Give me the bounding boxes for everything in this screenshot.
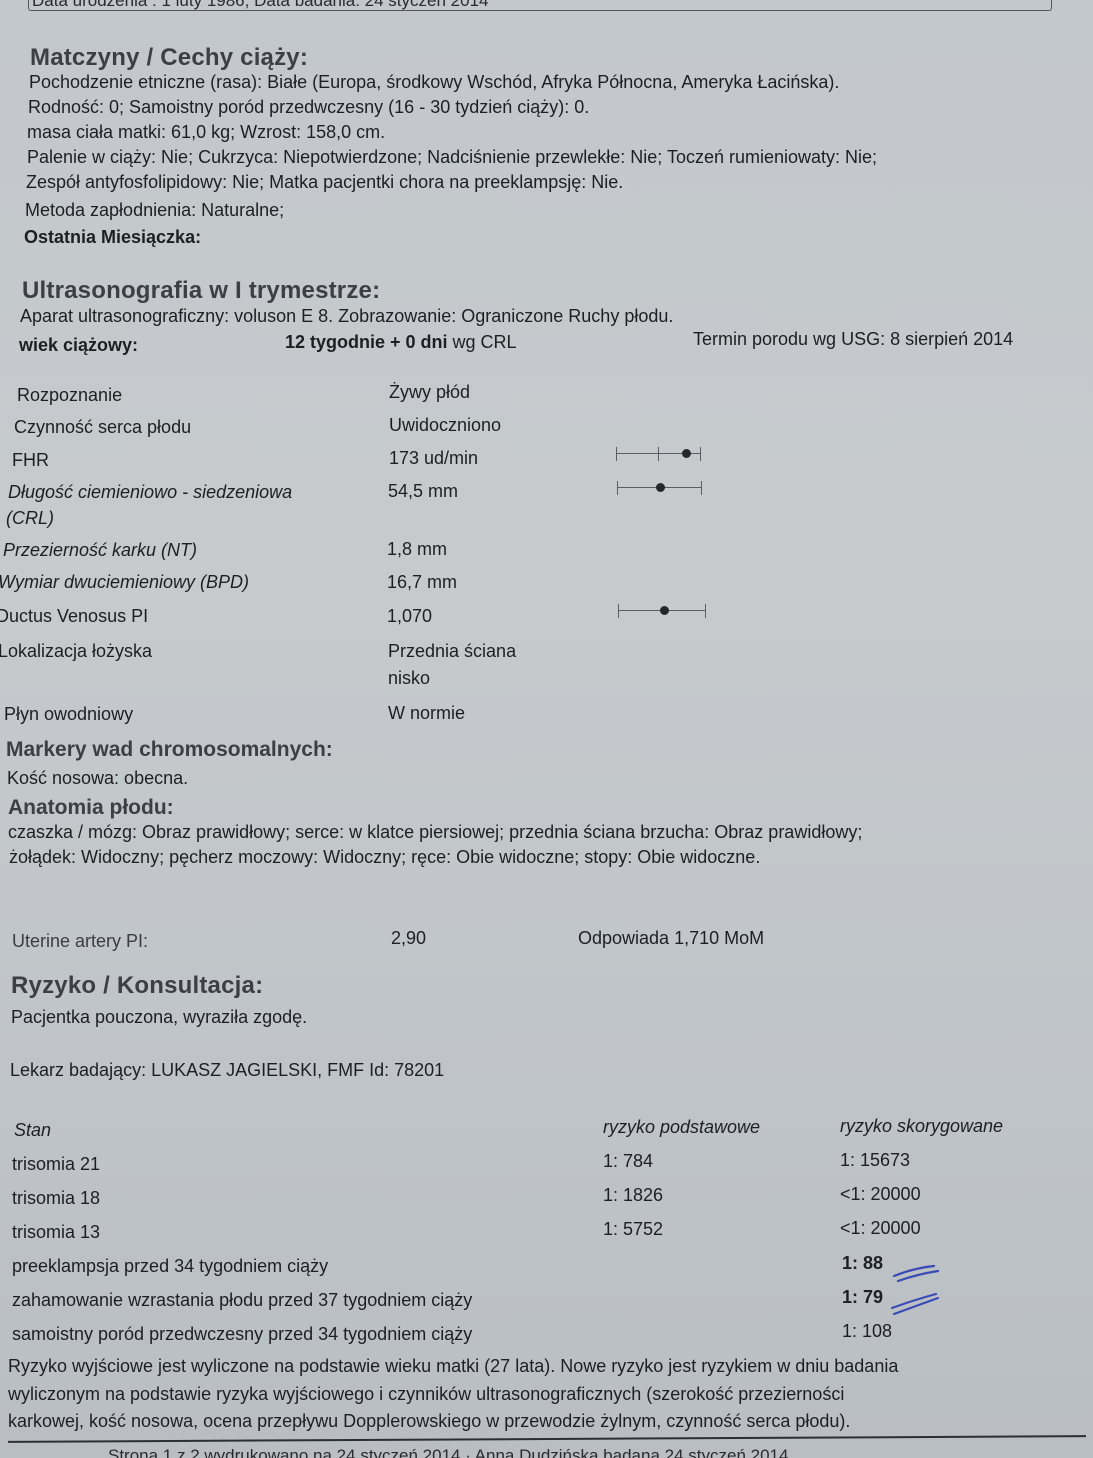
row-value: 1,070 [387,606,432,627]
anatomy-line: czaszka / mózg: Obraz prawidłowy; serce:… [8,822,862,843]
due-date: Termin porodu wg USG: 8 sierpień 2014 [693,329,1013,350]
table-row-adjusted: 1: 108 [842,1321,892,1342]
table-row-condition: trisomia 21 [12,1154,100,1175]
row-label-cont: (CRL) [6,508,54,529]
row-label: Rozpoznanie [17,385,122,406]
crl-range-indicator [617,481,702,495]
gestational-age-bold: 12 tygodnie + 0 dni [285,332,448,352]
crl-label: Długość ciemieniowo - siedzeniowa [8,482,292,502]
table-row-adjusted: <1: 20000 [840,1218,921,1239]
markers-line: Kość nosowa: obecna. [7,768,188,789]
row-label: Ductus Venosus PI [0,606,148,627]
footer-divider [8,1435,1086,1443]
table-header-adjusted: ryzyko skorygowane [840,1116,1003,1137]
row-value: 16,7 mm [387,572,457,593]
row-value-cont: nisko [388,668,430,689]
table-row-base: 1: 1826 [603,1185,663,1206]
row-label: Lokalizacja łożyska [0,641,152,662]
table-header-condition: Stan [14,1120,51,1141]
table-row-condition: trisomia 13 [12,1222,100,1243]
table-header-base: ryzyko podstawowe [603,1117,760,1138]
row-label: Płyn owodniowy [4,704,133,725]
header-cropped-line: Data urodzenia : 1 luty 1986; Data badan… [32,0,488,11]
doctor-line: Lekarz badający: LUKASZ JAGIELSKI, FMF I… [10,1060,444,1081]
risk-title: Ryzyko / Konsultacja: [11,972,263,1000]
table-row-base: 1: 784 [603,1151,653,1172]
table-row-base: 1: 5752 [603,1219,663,1240]
last-period-label: Ostatnia Miesiączka: [24,227,201,248]
row-label: Długość ciemieniowo - siedzeniowa [8,482,292,503]
table-row-adjusted: 1: 88 [842,1253,883,1274]
maternal-line: Pochodzenie etniczne (rasa): Białe (Euro… [29,72,839,93]
row-value: 54,5 mm [388,481,458,502]
maternal-line: Metoda zapłodnienia: Naturalne; [25,200,284,221]
dv-range-indicator [618,604,706,618]
fhr-range-indicator [616,447,701,461]
anatomy-title: Anatomia płodu: [8,796,174,820]
table-row-adjusted: 1: 79 [842,1287,883,1308]
row-value: Uwidoczniono [389,415,501,436]
markers-title: Markery wad chromosomalnych: [6,738,333,762]
row-value: W normie [388,703,465,724]
maternal-line: masa ciała matki: 61,0 kg; Wzrost: 158,0… [27,122,385,143]
note-line: wyliczonym na podstawie ryzyka wyjściowe… [8,1384,844,1405]
ultrasound-title: Ultrasonografia w I trymestrze: [22,277,380,305]
table-row-condition: zahamowanie wzrastania płodu przed 37 ty… [12,1290,472,1311]
row-value: Żywy płód [389,382,470,403]
row-label: Przezierność karku (NT) [3,540,197,561]
handwritten-mark-icon [880,1258,950,1318]
maternal-line: Rodność: 0; Samoistny poród przedwczesny… [28,97,589,118]
gestational-age-suffix: wg CRL [448,332,517,352]
table-row-adjusted: <1: 20000 [840,1184,921,1205]
maternal-line: Zespół antyfosfolipidowy: Nie; Matka pac… [26,172,623,193]
row-label: Wymiar dwuciemieniowy (BPD) [0,572,249,593]
uterine-label: Uterine artery PI: [12,931,148,952]
gestational-age-value: 12 tygodnie + 0 dni wg CRL [285,332,517,353]
uterine-value: 2,90 [391,928,426,949]
table-row-condition: preeklampsja przed 34 tygodniem ciąży [12,1256,328,1277]
row-label: Czynność serca płodu [14,417,191,438]
table-row-condition: samoistny poród przedwczesny przed 34 ty… [12,1324,472,1345]
device-line: Aparat ultrasonograficzny: voluson E 8. … [20,306,673,327]
note-line: karkowej, kość nosowa, ocena przepływu D… [8,1411,850,1432]
row-label: FHR [12,450,49,471]
table-row-condition: trisomia 18 [12,1188,100,1209]
row-value: Przednia ściana [388,641,516,662]
row-value: 1,8 mm [387,539,447,560]
table-row-adjusted: 1: 15673 [840,1150,910,1171]
anatomy-line: żołądek: Widoczny; pęcherz moczowy: Wido… [9,847,760,868]
uterine-mom: Odpowiada 1,710 MoM [578,928,764,949]
maternal-title: Matczyny / Cechy ciąży: [30,44,308,72]
maternal-line: Palenie w ciąży: Nie; Cukrzyca: Niepotwi… [27,147,877,168]
note-line: Ryzyko wyjściowe jest wyliczone na podst… [8,1356,898,1377]
row-value: 173 ud/min [389,448,478,469]
footer-cropped-line: Strona 1 z 2 wydrukowano na 24 styczeń 2… [108,1446,788,1458]
gestational-age-label: wiek ciążowy: [19,335,138,356]
consent-line: Pacjentka pouczona, wyraziła zgodę. [11,1007,307,1028]
